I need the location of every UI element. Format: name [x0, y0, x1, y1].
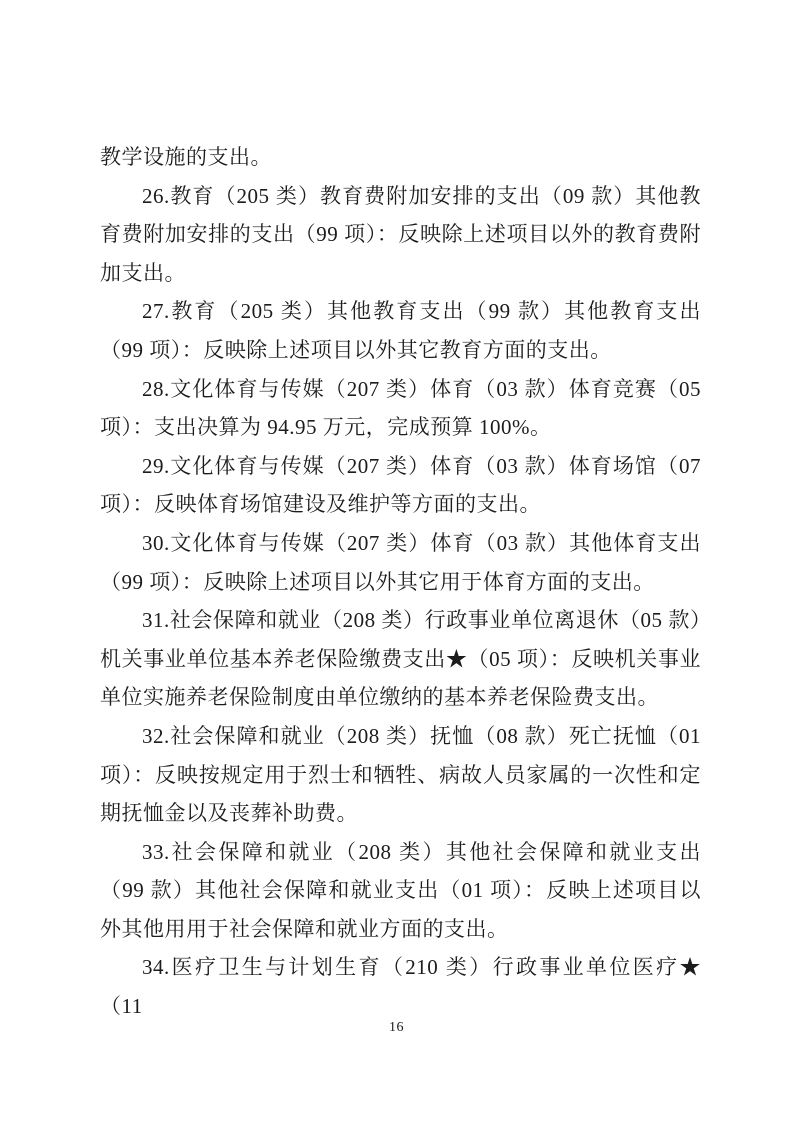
- paragraph-item-33: 33.社会保障和就业（208 类）其他社会保障和就业支出（99 款）其他社会保障…: [100, 833, 701, 949]
- paragraph-item-28: 28.文化体育与传媒（207 类）体育（03 款）体育竞赛（05 项）：支出决算…: [100, 370, 701, 447]
- paragraph-item-26: 26.教育（205 类）教育费附加安排的支出（09 款）其他教育费附加安排的支出…: [100, 177, 701, 293]
- paragraph-item-27: 27.教育（205 类）其他教育支出（99 款）其他教育支出（99 项）：反映除…: [100, 292, 701, 369]
- paragraph-item-32: 32.社会保障和就业（208 类）抚恤（08 款）死亡抚恤（01 项）：反映按规…: [100, 717, 701, 833]
- document-body: 教学设施的支出。 26.教育（205 类）教育费附加安排的支出（09 款）其他教…: [100, 138, 701, 1026]
- page-number: 16: [0, 1020, 793, 1036]
- paragraph-item-34: 34.医疗卫生与计划生育（210 类）行政事业单位医疗★（11: [100, 948, 701, 1025]
- paragraph-item-30: 30.文化体育与传媒（207 类）体育（03 款）其他体育支出（99 项）：反映…: [100, 524, 701, 601]
- paragraph-continuation: 教学设施的支出。: [100, 138, 701, 177]
- paragraph-item-29: 29.文化体育与传媒（207 类）体育（03 款）体育场馆（07 项）：反映体育…: [100, 447, 701, 524]
- paragraph-item-31: 31.社会保障和就业（208 类）行政事业单位离退休（05 款）机关事业单位基本…: [100, 601, 701, 717]
- document-page: 教学设施的支出。 26.教育（205 类）教育费附加安排的支出（09 款）其他教…: [0, 0, 793, 1122]
